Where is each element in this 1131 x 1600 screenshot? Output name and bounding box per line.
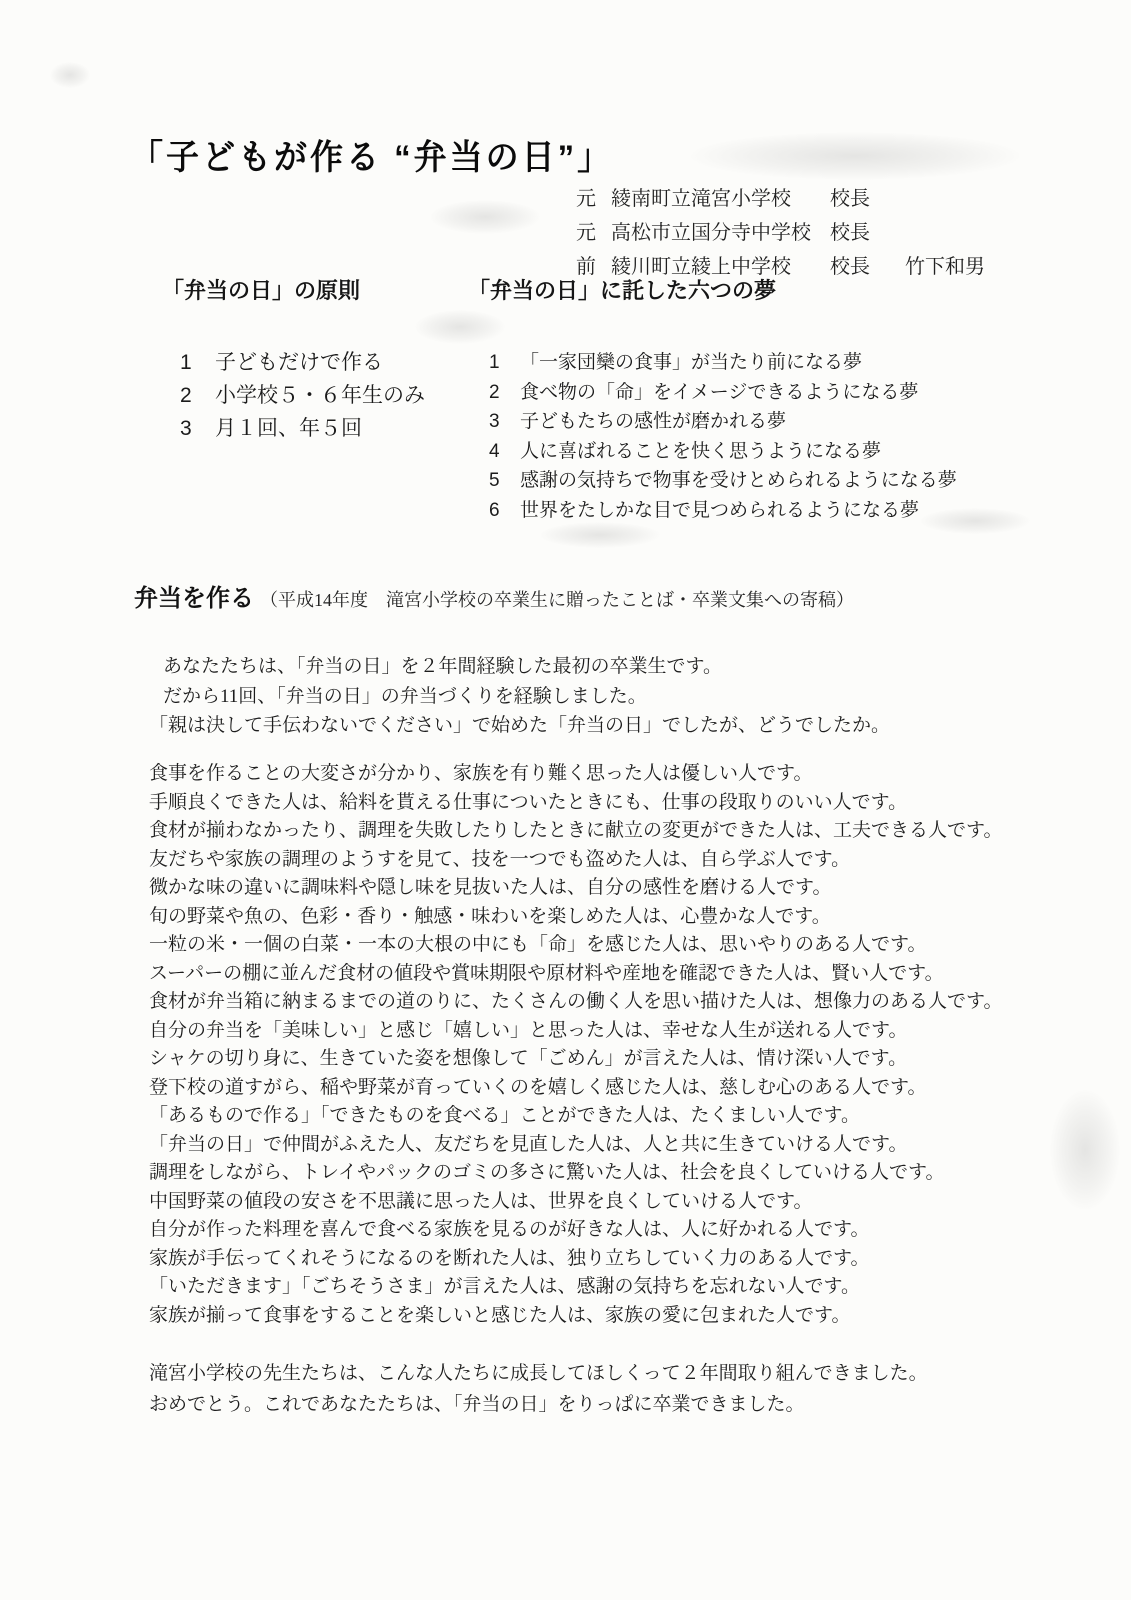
text-line: スーパーの棚に並んだ食材の値段や賞味期限や原材料や産地を確認できた人は、賢い人で…: [149, 960, 1002, 989]
essay-closing: 滝宮小学校の先生たちは、こんな人たちに成長してほしくって２年間取り組んできました…: [149, 1358, 928, 1420]
attribution-prefix: 元: [576, 216, 611, 245]
attribution-row: 元高松市立国分寺中学校校長: [576, 216, 985, 250]
essay-title: 弁当を作る: [134, 586, 254, 612]
item-number: 2: [180, 384, 215, 408]
principles-list: 1子どもだけで作る 2小学校５・６年生のみ 3月１回、年５回: [180, 346, 425, 445]
text-line: 食材が揃わなかったり、調理を失敗したりしたときに献立の変更ができた人は、工夫でき…: [149, 817, 1002, 846]
list-item: 1子どもだけで作る: [180, 346, 425, 379]
item-number: 6: [489, 500, 520, 522]
list-item: 5感謝の気持ちで物事を受けとめられるようになる夢: [489, 465, 957, 495]
scan-artifact: [540, 522, 660, 548]
essay-intro: あなたたちは、「弁当の日」を２年間経験した最初の卒業生です。 だから11回、「弁…: [149, 652, 890, 741]
attribution-role: 校長: [830, 216, 905, 245]
dreams-heading: 「弁当の日」に託した六つの夢: [468, 274, 776, 305]
attribution-school: 綾南町立滝宮小学校: [611, 182, 830, 211]
text-line: 微かな味の違いに調味料や隠し味を見抜いた人は、自分の感性を磨ける人です。: [149, 874, 1002, 903]
text-line: 家族が揃って食事をすることを楽しいと感じた人は、家族の愛に包まれた人です。: [149, 1302, 1002, 1331]
text-line: おめでとう。これであなたたちは、「弁当の日」をりっぱに卒業できました。: [149, 1389, 928, 1420]
scan-artifact: [1050, 1090, 1120, 1210]
scan-artifact: [415, 310, 505, 344]
list-item: 3子どもたちの感性が磨かれる夢: [489, 406, 957, 436]
attribution-author-name: 竹下和男: [905, 250, 985, 279]
item-text: 月１回、年５回: [215, 417, 362, 440]
scan-artifact: [690, 132, 1020, 180]
list-item: 6世界をたしかな目で見つめられるようになる夢: [489, 495, 957, 525]
item-text: 子どもたちの感性が磨かれる夢: [520, 411, 786, 432]
attribution-role: 校長: [830, 182, 905, 211]
essay-heading: 弁当を作る（平成14年度 滝宮小学校の卒業生に贈ったことば・卒業文集への寄稿）: [134, 578, 854, 613]
dreams-list: 1「一家団欒の食事」が当たり前になる夢 2食べ物の「命」をイメージできるようにな…: [489, 347, 957, 525]
item-number: 4: [489, 441, 520, 463]
list-item: 3月１回、年５回: [180, 412, 425, 445]
text-line: 自分の弁当を「美味しい」と感じ「嬉しい」と思った人は、幸せな人生が送れる人です。: [149, 1017, 1002, 1046]
text-line: 手順良くできた人は、給料を貰える仕事についたときにも、仕事の段取りのいい人です。: [149, 789, 1002, 818]
item-number: 5: [489, 470, 520, 492]
scan-artifact: [50, 62, 90, 88]
item-text: 世界をたしかな目で見つめられるようになる夢: [520, 500, 919, 521]
text-line: 家族が手伝ってくれそうになるのを断れた人は、独り立ちしていく力のある人です。: [149, 1245, 1002, 1274]
text-line: シャケの切り身に、生きていた姿を想像して「ごめん」が言えた人は、情け深い人です。: [149, 1045, 1002, 1074]
essay-subtitle-note: （平成14年度 滝宮小学校の卒業生に贈ったことば・卒業文集への寄稿）: [260, 590, 854, 610]
text-line: 「いただきます」「ごちそうさま」が言えた人は、感謝の気持ちを忘れない人です。: [149, 1273, 1002, 1302]
scanned-page: 「子どもが作る “弁当の日”」 元綾南町立滝宮小学校校長 元高松市立国分寺中学校…: [0, 0, 1131, 1600]
text-line: 「あるもので作る」「できたものを食べる」ことができた人は、たくましい人です。: [149, 1102, 1002, 1131]
text-line: 自分が作った料理を喜んで食べる家族を見るのが好きな人は、人に好かれる人です。: [149, 1216, 1002, 1245]
text-line: あなたたちは、「弁当の日」を２年間経験した最初の卒業生です。: [149, 652, 890, 682]
principles-heading: 「弁当の日」の原則: [162, 274, 360, 305]
author-attribution: 元綾南町立滝宮小学校校長 元高松市立国分寺中学校校長 前綾川町立綾上中学校校長竹…: [576, 182, 985, 284]
item-text: 小学校５・６年生のみ: [215, 384, 425, 407]
text-line: 食材が弁当箱に納まるまでの道のりに、たくさんの働く人を思い描けた人は、想像力のあ…: [149, 988, 1002, 1017]
attribution-school: 高松市立国分寺中学校: [611, 216, 830, 245]
attribution-row: 元綾南町立滝宮小学校校長: [576, 182, 985, 216]
essay-body: 食事を作ることの大変さが分かり、家族を有り難く思った人は優しい人です。 手順良く…: [149, 760, 1002, 1330]
attribution-prefix: 元: [576, 182, 611, 211]
list-item: 1「一家団欒の食事」が当たり前になる夢: [489, 347, 957, 377]
text-line: 一粒の米・一個の白菜・一本の大根の中にも「命」を感じた人は、思いやりのある人です…: [149, 931, 1002, 960]
list-item: 4人に喜ばれることを快く思うようになる夢: [489, 436, 957, 466]
text-line: 「弁当の日」で仲間がふえた人、友だちを見直した人は、人と共に生きていける人です。: [149, 1131, 1002, 1160]
attribution-role: 校長: [830, 250, 905, 279]
text-line: 食事を作ることの大変さが分かり、家族を有り難く思った人は優しい人です。: [149, 760, 1002, 789]
text-line: だから11回、「弁当の日」の弁当づくりを経験しました。: [149, 682, 890, 712]
item-number: 3: [489, 411, 520, 433]
document-title: 「子どもが作る “弁当の日”」: [130, 130, 613, 179]
item-number: 1: [489, 352, 520, 374]
text-line: 友だちや家族の調理のようすを見て、技を一つでも盗めた人は、自ら学ぶ人です。: [149, 846, 1002, 875]
item-number: 1: [180, 351, 215, 375]
text-line: 「親は決して手伝わないでください」で始めた「弁当の日」でしたが、どうでしたか。: [149, 711, 890, 741]
text-line: 調理をしながら、トレイやパックのゴミの多さに驚いた人は、社会を良くしていける人で…: [149, 1159, 1002, 1188]
item-text: 人に喜ばれることを快く思うようになる夢: [520, 441, 881, 462]
item-text: 「一家団欒の食事」が当たり前になる夢: [520, 352, 862, 373]
text-line: 滝宮小学校の先生たちは、こんな人たちに成長してほしくって２年間取り組んできました…: [149, 1358, 928, 1389]
text-line: 登下校の道すがら、稲や野菜が育っていくのを嬉しく感じた人は、慈しむ心のある人です…: [149, 1074, 1002, 1103]
item-text: 食べ物の「命」をイメージできるようになる夢: [520, 382, 918, 403]
list-item: 2食べ物の「命」をイメージできるようになる夢: [489, 377, 957, 407]
item-number: 3: [180, 417, 215, 441]
item-text: 子どもだけで作る: [215, 351, 383, 374]
list-item: 2小学校５・６年生のみ: [180, 379, 425, 412]
item-number: 2: [489, 382, 520, 404]
text-line: 中国野菜の値段の安さを不思議に思った人は、世界を良くしていける人です。: [149, 1188, 1002, 1217]
scan-artifact: [430, 200, 540, 234]
text-line: 旬の野菜や魚の、色彩・香り・触感・味わいを楽しめた人は、心豊かな人です。: [149, 903, 1002, 932]
item-text: 感謝の気持ちで物事を受けとめられるようになる夢: [520, 470, 957, 491]
